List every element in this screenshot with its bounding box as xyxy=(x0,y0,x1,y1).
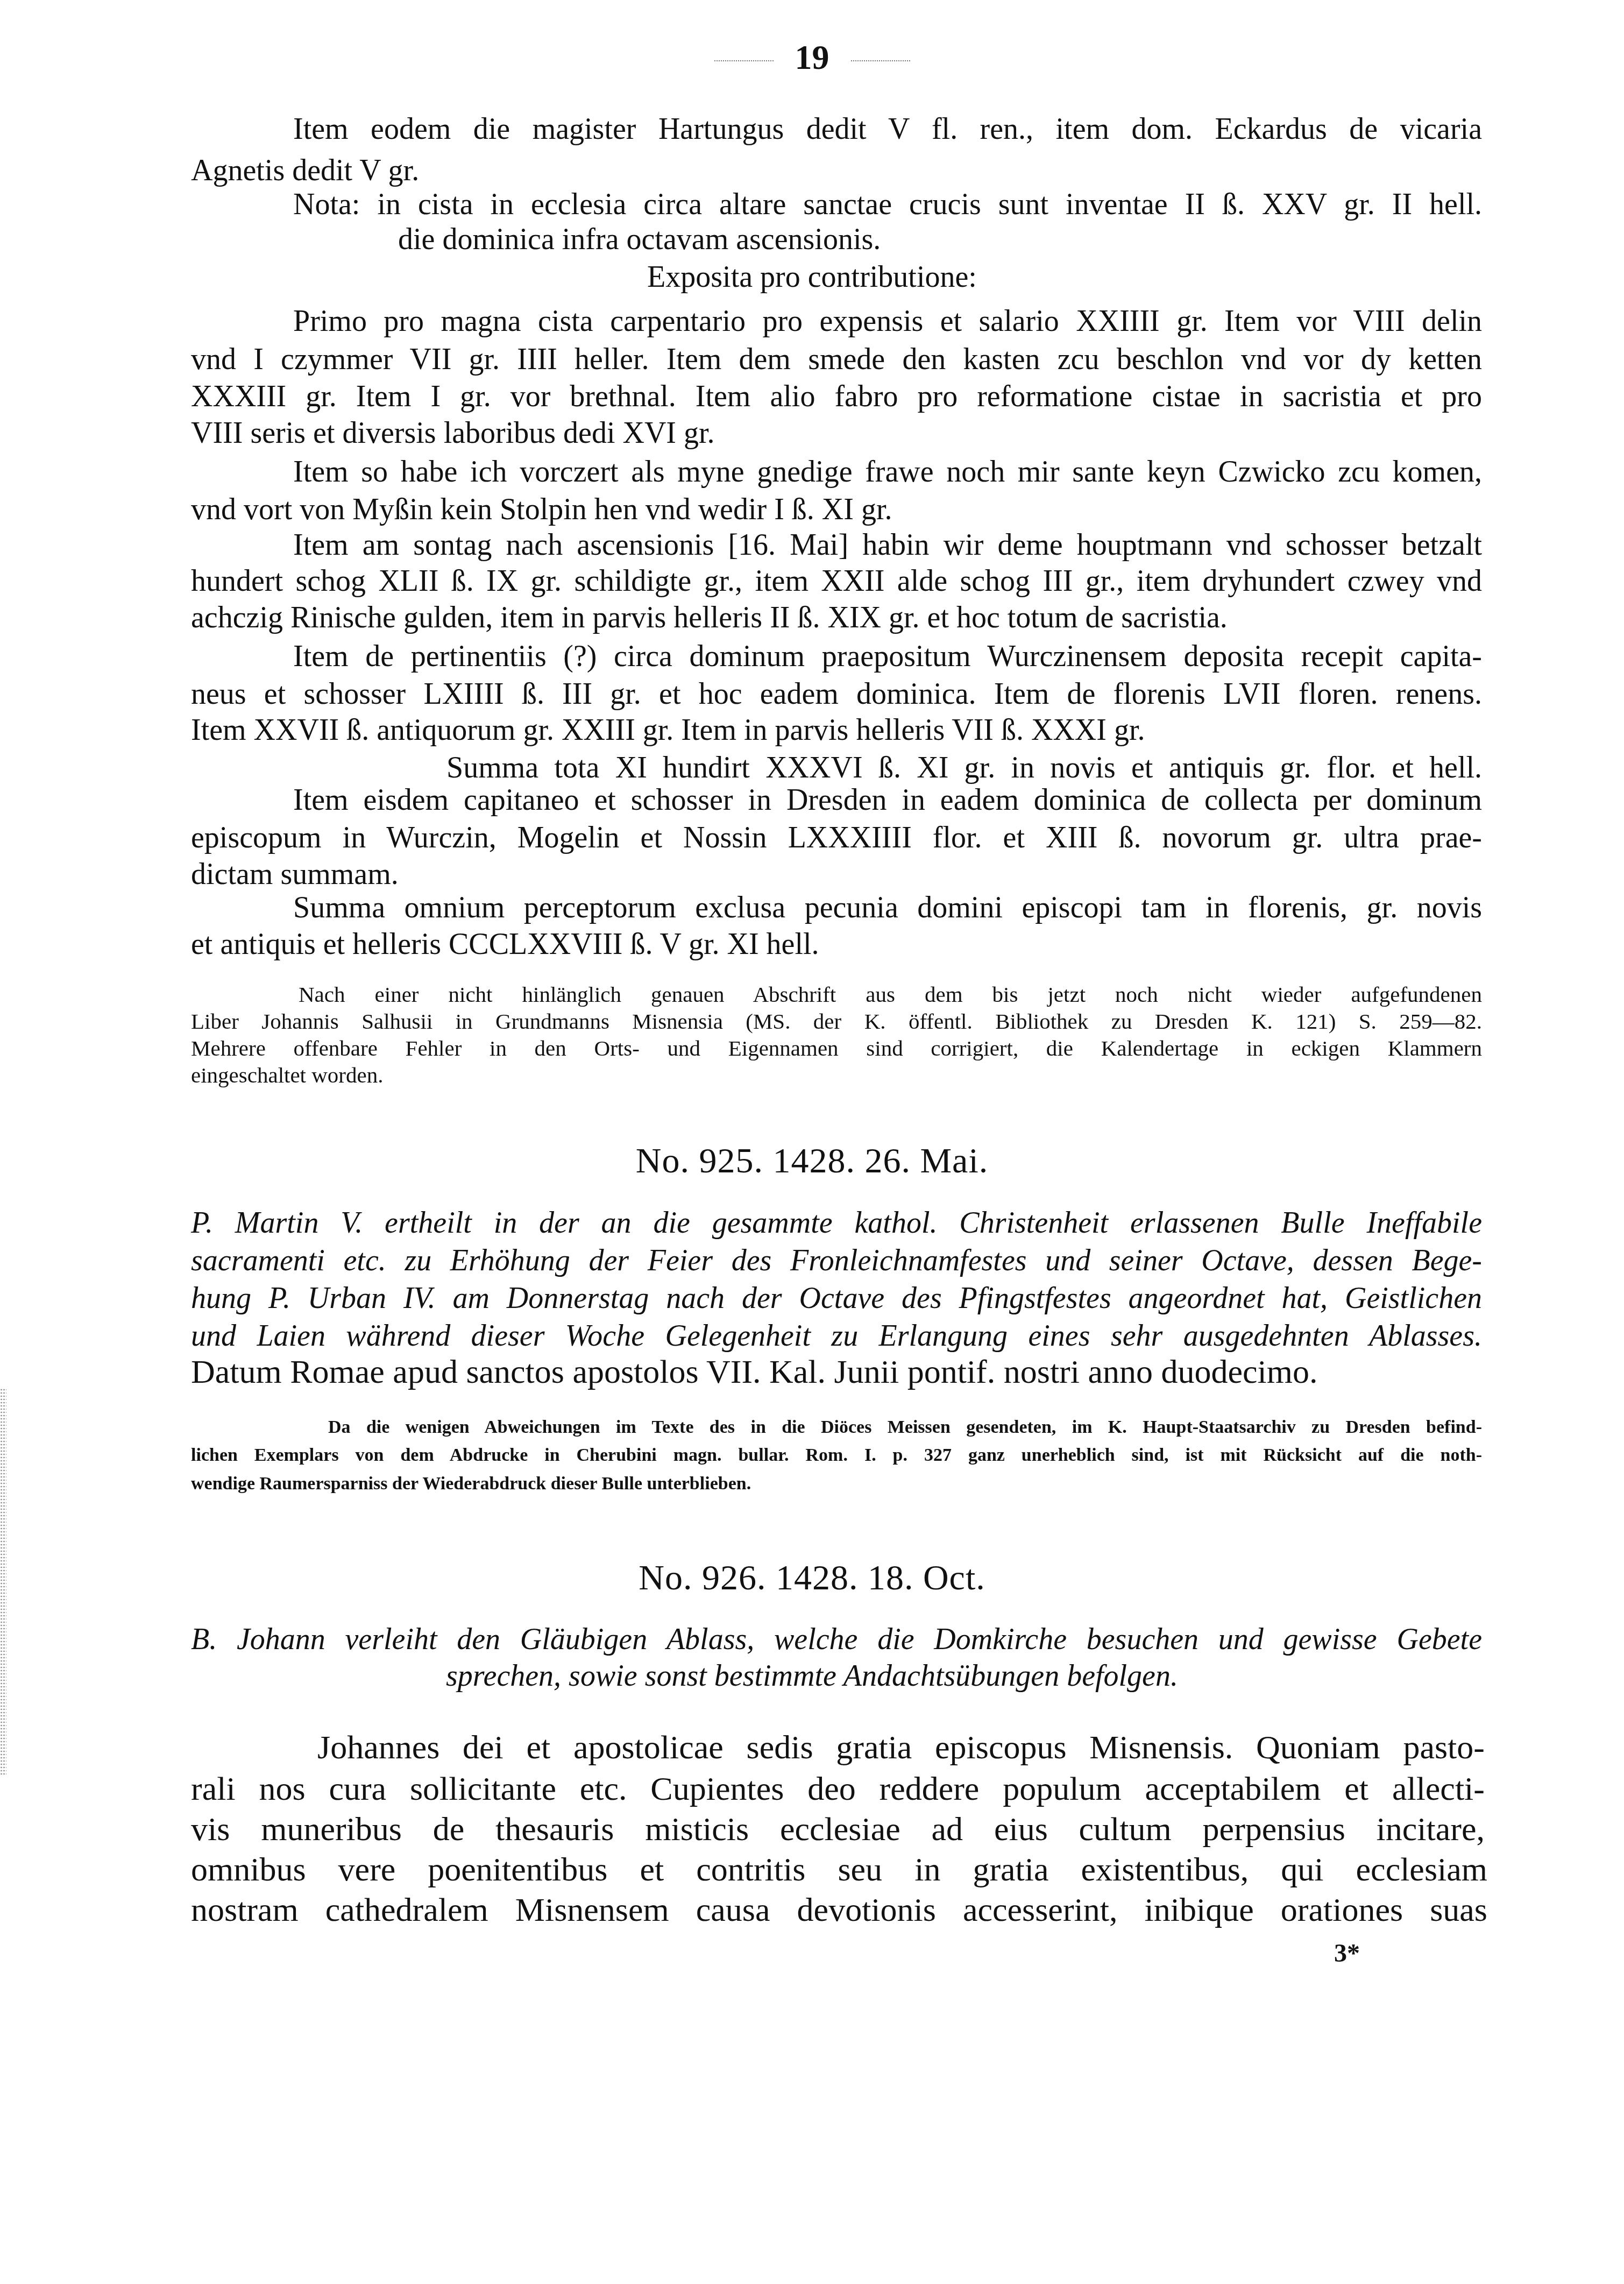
text-line: Item eodem die magister Hartungus dedit … xyxy=(293,110,1482,148)
text-line: Johannes dei et apostolicae sedis gratia… xyxy=(317,1726,1485,1769)
text-line: omnibus vere poenitentibus et contritis … xyxy=(191,1848,1487,1891)
footnote-line: lichen Exemplars von dem Abdrucke in Che… xyxy=(191,1442,1482,1469)
text-line: vnd vort von Myßin kein Stolpin hen vnd … xyxy=(191,491,1482,528)
footnote-line: wendige Raumersparniss der Wiederabdruck… xyxy=(191,1470,1482,1497)
signature-mark: 3* xyxy=(1334,1939,1360,1968)
text-line: achczig Rinische gulden, item in parvis … xyxy=(191,599,1482,637)
rule-left xyxy=(714,60,774,61)
summary-line: hung P. Urban IV. am Donnerstag nach der… xyxy=(191,1279,1482,1317)
document-page: 19 Item eodem die magister Hartungus ded… xyxy=(0,0,1624,2284)
footnote-line: eingeschaltet worden. xyxy=(191,1060,1482,1090)
footnote-line: Liber Johannis Salhusii in Grundmanns Mi… xyxy=(191,1006,1482,1036)
text-line: neus et schosser LXIIII ß. III gr. et ho… xyxy=(191,675,1482,713)
text-line: nostram cathedralem Misnensem causa devo… xyxy=(191,1889,1487,1932)
datum-line: Datum Romae apud sanctos apostolos VII. … xyxy=(191,1350,1482,1394)
text-line: Item so habe ich vorczert als myne gnedi… xyxy=(293,453,1482,491)
document-heading-926: No. 926. 1428. 18. Oct. xyxy=(0,1558,1624,1599)
summary-line: sprechen, sowie sonst bestimmte Andachts… xyxy=(0,1657,1624,1695)
text-line: die dominica infra octavam ascensionis. xyxy=(398,221,936,258)
text-line: XXXIII gr. Item I gr. vor brethnal. Item… xyxy=(191,378,1482,415)
page-number-text: 19 xyxy=(795,38,829,76)
document-heading-925: No. 925. 1428. 26. Mai. xyxy=(0,1141,1624,1182)
text-line: Primo pro magna cista carpentario pro ex… xyxy=(293,302,1482,340)
footnote-line: Da die wenigen Abweichungen im Texte des… xyxy=(328,1414,1482,1441)
text-line: Item XXVII ß. antiquorum gr. XXIII gr. I… xyxy=(191,711,1482,749)
text-line: vnd I czymmer VII gr. IIII heller. Item … xyxy=(191,341,1482,378)
page-number: 19 xyxy=(0,38,1624,77)
text-line: Nota: in cista in ecclesia circa altare … xyxy=(293,186,1482,223)
text-line: hundert schog XLII ß. IX gr. schildigte … xyxy=(191,562,1482,600)
text-line: Item de pertinentiis (?) circa dominum p… xyxy=(293,638,1482,675)
footnote-line: Mehrere offenbare Fehler in den Orts- un… xyxy=(191,1033,1482,1063)
text-line: Summa omnium perceptorum exclusa pecunia… xyxy=(293,889,1482,927)
text-line: Item eisdem capitaneo et schosser in Dre… xyxy=(293,781,1482,819)
rule-right xyxy=(851,60,910,61)
text-line: rali nos cura sollicitante etc. Cupiente… xyxy=(191,1767,1485,1811)
summary-line: P. Martin V. ertheilt in der an die gesa… xyxy=(191,1204,1482,1242)
summary-line: und Laien während dieser Woche Gelegenhe… xyxy=(191,1317,1482,1355)
text-line: et antiquis et helleris CCCLXXVIII ß. V … xyxy=(191,925,1482,963)
summary-line: B. Johann verleiht den Gläubigen Ablass,… xyxy=(191,1621,1482,1658)
text-line: vis muneribus de thesauris misticis eccl… xyxy=(191,1808,1485,1851)
text-line: VIII seris et diversis laboribus dedi XV… xyxy=(191,414,1482,452)
text-line: Agnetis dedit V gr. xyxy=(191,152,1482,189)
text-line: episcopum in Wurczin, Mogelin et Nossin … xyxy=(191,819,1482,857)
summary-line: sacramenti etc. zu Erhöhung der Feier de… xyxy=(191,1242,1482,1279)
section-title: Exposita pro contributione: xyxy=(0,258,1624,296)
text-line: dictam summam. xyxy=(191,855,1482,893)
text-line: Item am sontag nach ascensionis [16. Mai… xyxy=(293,526,1482,564)
footnote-line: Nach einer nicht hinlänglich genauen Abs… xyxy=(299,979,1482,1009)
